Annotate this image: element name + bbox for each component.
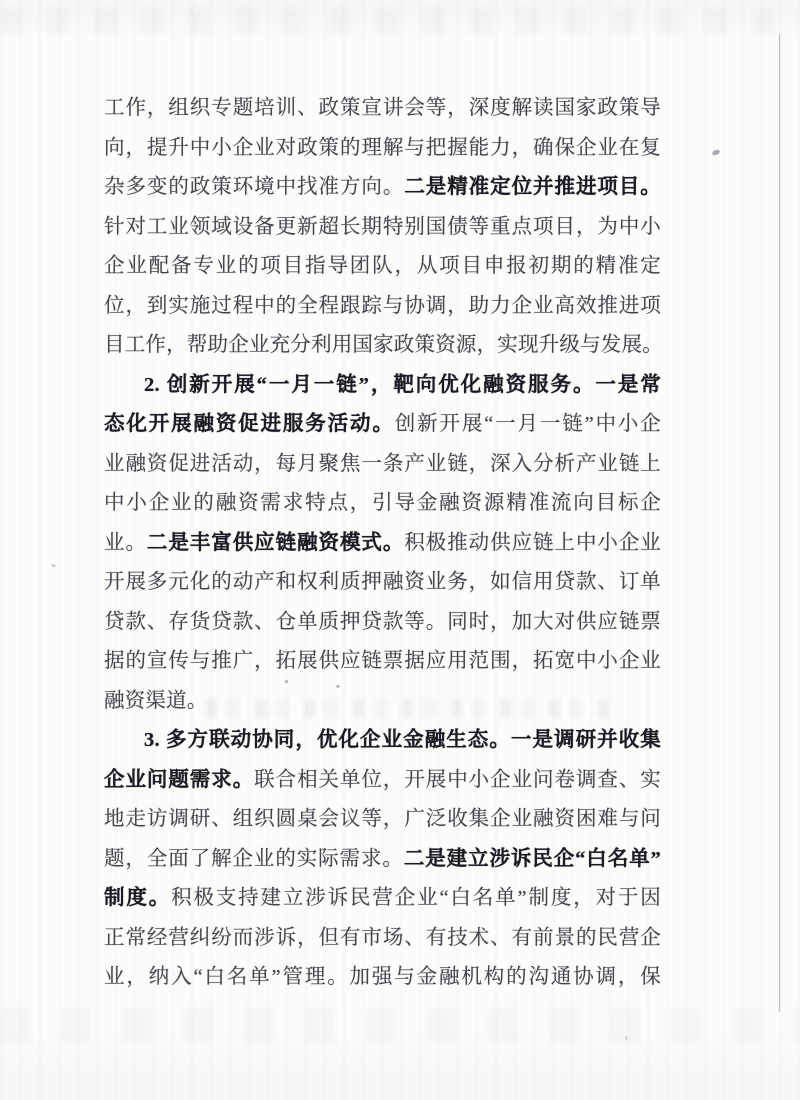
text-segment: 贷款、存货贷款、仓单质押贷款等。同时，加大对供应链票 — [104, 611, 661, 633]
text-segment: 创新开展“一月一链”中小企 — [395, 413, 661, 435]
text-segment-bold: 二是精准定位并推进项目。 — [404, 176, 661, 198]
text-line: 3. 多方联动协同，优化企业金融生态。一是调研并收集 — [104, 721, 661, 761]
text-line: 2. 创新开展“一月一链”，靶向优化融资服务。一是常 — [104, 366, 661, 406]
text-segment: 正常经营纠纷而涉诉，但有市场、有技术、有前景的民营企 — [104, 927, 661, 949]
text-segment-bold: 二是建立涉诉民企“白名单” — [404, 848, 661, 870]
scan-noise-band-top — [0, 8, 800, 34]
text-line: 融资渠道。 — [104, 682, 661, 722]
text-segment: 中小企业的融资需求特点，引导金融资源精准流向目标企 — [104, 492, 661, 514]
text-segment-bold: 企业问题需求。 — [104, 769, 254, 791]
text-segment: 杂多变的政策环境中找准方向。 — [104, 176, 404, 198]
text-segment: 积极推动供应链上中小企业 — [404, 532, 661, 554]
text-segment: 工作，组织专题培训、政策宣讲会等，深度解读国家政策导 — [104, 97, 661, 119]
text-line: 业，纳入“白名单”管理。加强与金融机构的沟通协调，保 — [104, 958, 661, 998]
text-segment: 目工作，帮助企业充分利用国家政策资源，实现升级与发展。 — [104, 334, 663, 356]
text-line: 企业问题需求。联合相关单位，开展中小企业问卷调查、实 — [104, 761, 661, 801]
scan-speck — [711, 149, 720, 157]
text-line: 开展多元化的动产和权利质押融资业务，如信用贷款、订单 — [104, 563, 661, 603]
text-segment: 业融资促进活动，每月聚焦一条产业链，深入分析产业链上 — [104, 453, 661, 475]
scan-noise-band-bottom — [0, 1008, 800, 1042]
text-segment-bold: 态化开展融资促进服务活动。 — [104, 413, 395, 435]
text-line: 杂多变的政策环境中找准方向。二是精准定位并推进项目。 — [104, 168, 661, 208]
text-line: 中小企业的融资需求特点，引导金融资源精准流向目标企 — [104, 484, 661, 524]
text-segment: 融资渠道。 — [104, 690, 208, 712]
text-segment-bold: 二是丰富供应链融资模式。 — [147, 532, 404, 554]
text-segment: 企业配备专业的项目指导团队，从项目申报初期的精准定 — [104, 255, 661, 277]
text-line: 业融资促进活动，每月聚焦一条产业链，深入分析产业链上 — [104, 445, 661, 485]
text-segment: 地走访调研、组织圆桌会议等，广泛收集企业融资困难与问 — [104, 808, 661, 830]
text-segment: 位，到实施过程中的全程跟踪与协调，助力企业高效推进项 — [104, 295, 661, 317]
scan-speck — [51, 563, 57, 567]
text-line: 态化开展融资促进服务活动。创新开展“一月一链”中小企 — [104, 405, 661, 445]
text-line: 业。二是丰富供应链融资模式。积极推动供应链上中小企业 — [104, 524, 661, 564]
text-line: 工作，组织专题培训、政策宣讲会等，深度解读国家政策导 — [104, 89, 661, 129]
text-segment: 积极支持建立涉诉民营企业“白名单”制度，对于因 — [171, 887, 661, 909]
text-line: 地走访调研、组织圆桌会议等，广泛收集企业融资困难与问 — [104, 800, 661, 840]
text-segment: 向，提升中小企业对政策的理解与把握能力，确保企业在复 — [104, 137, 661, 159]
text-line: 向，提升中小企业对政策的理解与把握能力，确保企业在复 — [104, 129, 661, 169]
text-line: 贷款、存货贷款、仓单质押贷款等。同时，加大对供应链票 — [104, 603, 661, 643]
text-segment: 针对工业领域设备更新超长期特别国债等重点项目，为中小 — [104, 216, 661, 238]
text-line: 正常经营纠纷而涉诉，但有市场、有技术、有前景的民营企 — [104, 919, 661, 959]
text-line: 位，到实施过程中的全程跟踪与协调，助力企业高效推进项 — [104, 287, 661, 327]
text-segment-bold: 2. 创新开展“一月一链”，靶向优化融资服务。一是常 — [144, 374, 661, 396]
text-segment-bold: 3. 多方联动协同，优化企业金融生态。一是调研并收集 — [144, 729, 661, 751]
text-line: 制度。积极支持建立涉诉民营企业“白名单”制度，对于因 — [104, 879, 661, 919]
text-segment: 据的宣传与推广，拓展供应链票据应用范围，拓宽中小企业 — [104, 650, 661, 672]
scanned-page: 工作，组织专题培训、政策宣讲会等，深度解读国家政策导向，提升中小企业对政策的理解… — [0, 0, 800, 1100]
text-line: 针对工业领域设备更新超长期特别国债等重点项目，为中小 — [104, 208, 661, 248]
text-segment: 业，纳入“白名单”管理。加强与金融机构的沟通协调，保 — [104, 966, 661, 988]
scan-speck — [625, 1036, 628, 1040]
text-segment: 联合相关单位，开展中小企业问卷调查、实 — [254, 769, 661, 791]
scan-edge-line — [779, 34, 780, 1012]
text-segment: 开展多元化的动产和权利质押融资业务，如信用贷款、订单 — [104, 571, 661, 593]
text-segment: 业。 — [104, 532, 147, 554]
text-segment: 题，全面了解企业的实际需求。 — [104, 848, 404, 870]
text-line: 题，全面了解企业的实际需求。二是建立涉诉民企“白名单” — [104, 840, 661, 880]
text-line: 据的宣传与推广，拓展供应链票据应用范围，拓宽中小企业 — [104, 642, 661, 682]
text-line: 目工作，帮助企业充分利用国家政策资源，实现升级与发展。 — [104, 326, 661, 366]
document-text: 工作，组织专题培训、政策宣讲会等，深度解读国家政策导向，提升中小企业对政策的理解… — [104, 89, 661, 998]
text-segment-bold: 制度。 — [104, 887, 171, 909]
text-line: 企业配备专业的项目指导团队，从项目申报初期的精准定 — [104, 247, 661, 287]
